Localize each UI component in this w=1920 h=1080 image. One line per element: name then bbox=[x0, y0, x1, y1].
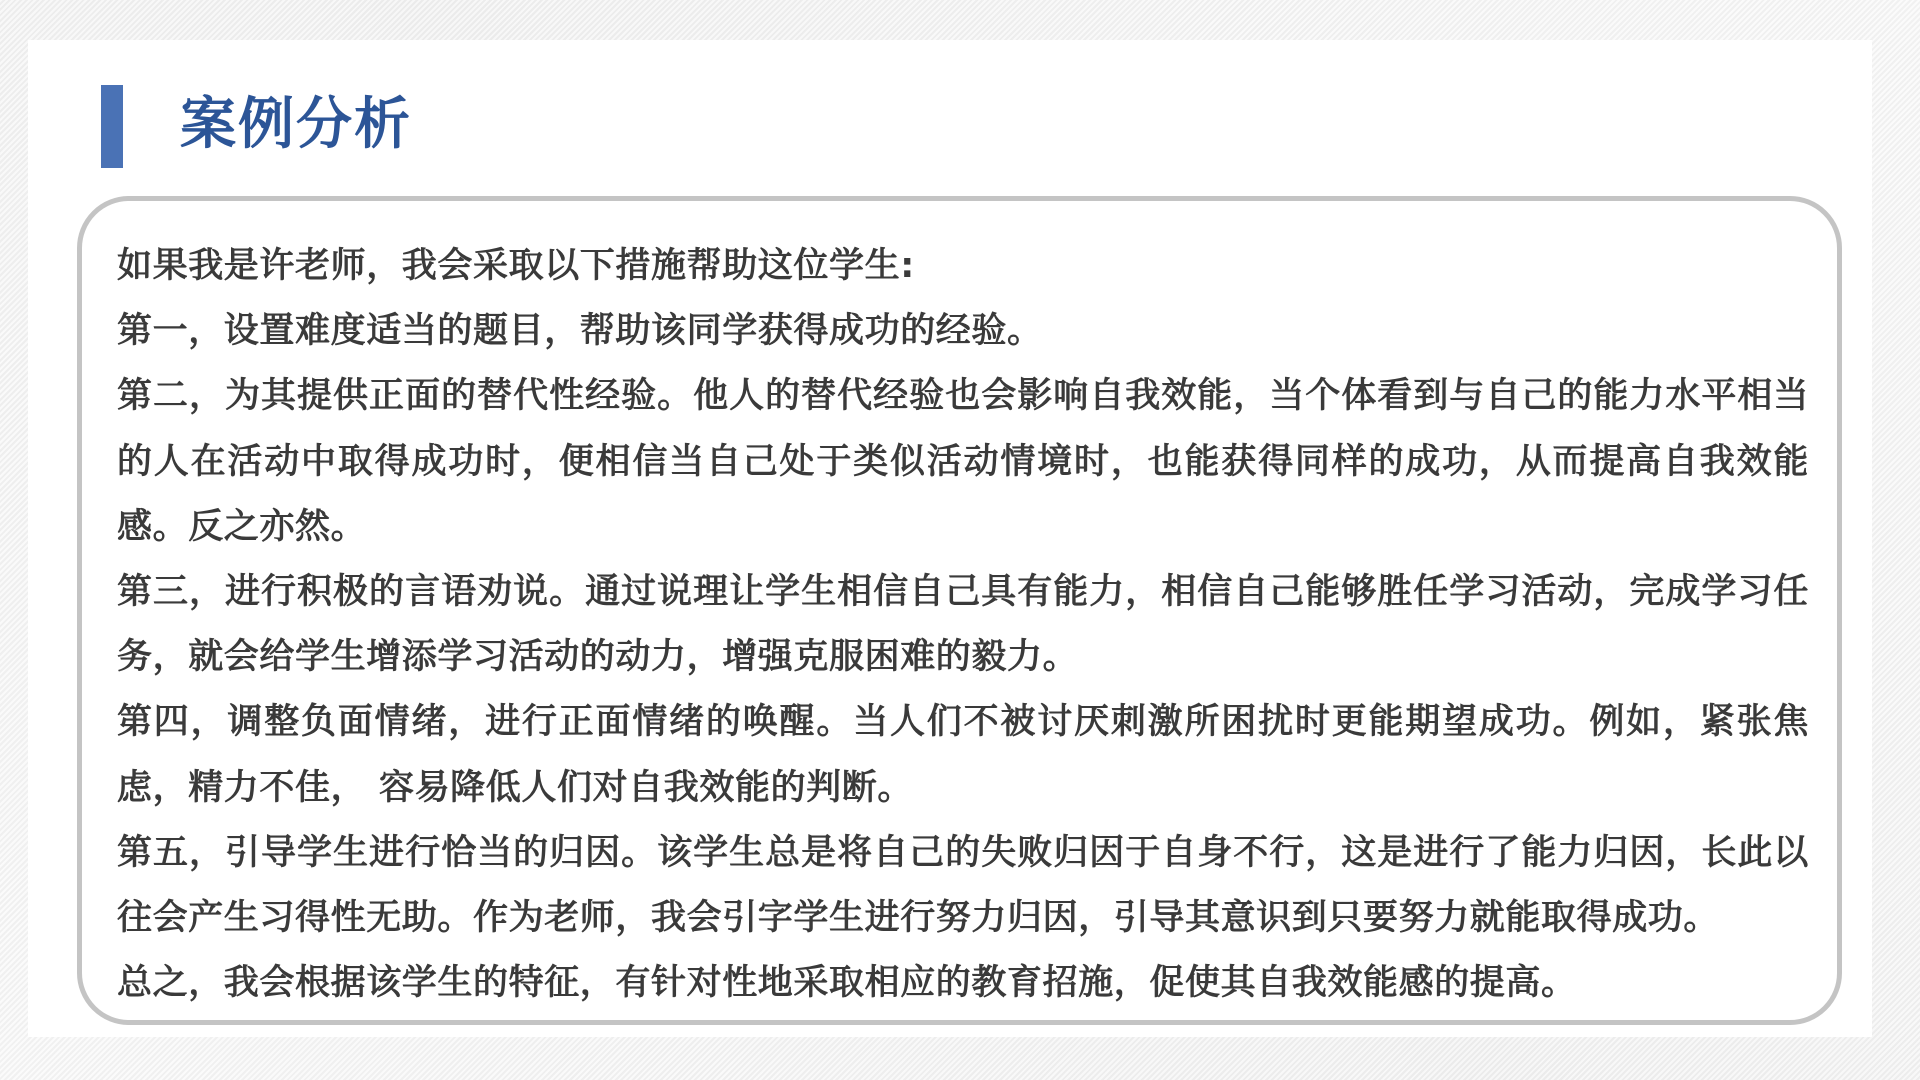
title-accent-bar bbox=[101, 85, 123, 168]
measure-paragraph-2: 第二，为其提供正面的替代性经验。他人的替代经验也会影响自我效能，当个体看到与自己… bbox=[117, 364, 1809, 560]
measure-paragraph-1: 第一，设置难度适当的题目，帮助该同学获得成功的经验。 bbox=[117, 299, 1809, 364]
card-body: 如果我是许老师，我会采取以下措施帮助这位学生: 第一，设置难度适当的题目，帮助该… bbox=[117, 234, 1809, 1016]
measure-paragraph-5: 第五，引导学生进行恰当的归因。该学生总是将自己的失败归因于自身不行，这是进行了能… bbox=[117, 821, 1809, 951]
measure-paragraph-3: 第三，进行积极的言语劝说。通过说理让学生相信自己具有能力，相信自己能够胜任学习活… bbox=[117, 560, 1809, 690]
conclusion-paragraph: 总之，我会根据该学生的特征，有针对性地采取相应的教育招施，促使其自我效能感的提高… bbox=[117, 951, 1809, 1016]
content-card: 如果我是许老师，我会采取以下措施帮助这位学生: 第一，设置难度适当的题目，帮助该… bbox=[77, 196, 1842, 1025]
measure-paragraph-4: 第四，调整负面情绪，进行正面情绪的唤醒。当人们不被讨厌刺激所困扰时更能期望成功。… bbox=[117, 690, 1809, 820]
slide-title: 案例分析 bbox=[180, 90, 412, 160]
intro-paragraph: 如果我是许老师，我会采取以下措施帮助这位学生: bbox=[117, 234, 1809, 299]
